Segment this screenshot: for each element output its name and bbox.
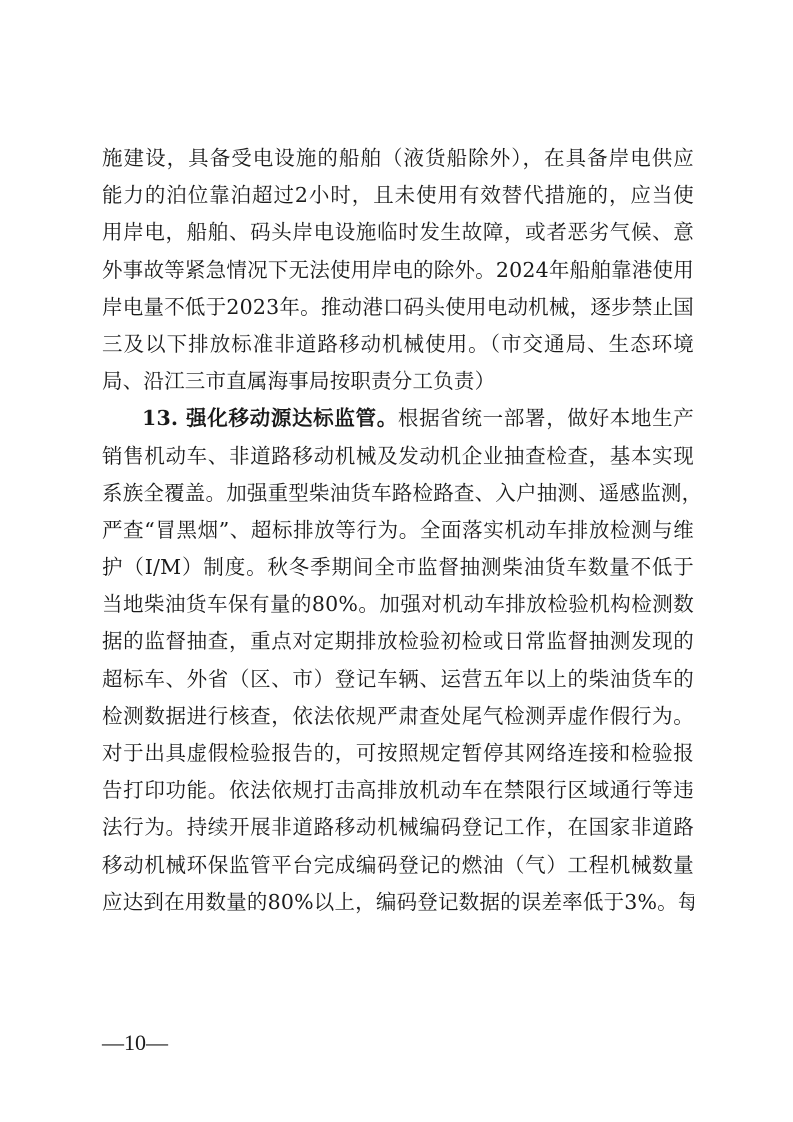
paragraph-line: 能力的泊位靠泊超过2小时，且未使用有效替代措施的，应当使 [102,177,694,214]
section-13-first-line: 13. 强化移动源达标监管。根据省统一部署，做好本地生产 [102,400,694,437]
paragraph-line: 当地柴油货车保有量的80%。加强对机动车排放检验机构检测数 [102,586,694,623]
paragraph-line: 移动机械环保监管平台完成编码登记的燃油（气）工程机械数量 [102,847,694,884]
body-text: 施建设，具备受电设施的船舶（液货船除外），在具备岸电供应 能力的泊位靠泊超过2小… [102,140,694,921]
paragraph-line: 检测数据进行核查，依法依规严肃查处尾气检测弄虚作假行为。 [102,698,694,735]
paragraph-line: 外事故等紧急情况下无法使用岸电的除外。2024年船舶靠港使用 [102,252,694,289]
section-13-first-line-text: 根据省统一部署，做好本地生产 [398,406,694,430]
paragraph-line: 用岸电，船舶、码头岸电设施临时发生故障，或者恶劣气候、意 [102,214,694,251]
paragraph-line: 据的监督抽查，重点对定期排放检验初检或日常监督抽测发现的 [102,623,694,660]
paragraph-line: 超标车、外省（区、市）登记车辆、运营五年以上的柴油货车的 [102,661,694,698]
paragraph-line: 对于出具虚假检验报告的，可按照规定暂停其网络连接和检验报 [102,735,694,772]
paragraph-line: 岸电量不低于2023年。推动港口码头使用电动机械，逐步禁止国 [102,289,694,326]
page-number: —10— [102,1030,168,1056]
paragraph-line: 法行为。持续开展非道路移动机械编码登记工作，在国家非道路 [102,809,694,846]
paragraph-line: 护（I/M）制度。秋冬季期间全市监督抽测柴油货车数量不低于 [102,549,694,586]
paragraph-line: 严查“冒黑烟”、超标排放等行为。全面落实机动车排放检测与维 [102,512,694,549]
paragraph-line: 局、沿江三市直属海事局按职责分工负责） [102,363,694,400]
paragraph-line: 系族全覆盖。加强重型柴油货车路检路查、入户抽测、遥感监测， [102,475,694,512]
paragraph-line: 三及以下排放标准非道路移动机械使用。（市交通局、生态环境 [102,326,694,363]
paragraph-line: 告打印功能。依法依规打击高排放机动车在禁限行区域通行等违 [102,772,694,809]
paragraph-line: 销售机动车、非道路移动机械及发动机企业抽查检查，基本实现 [102,438,694,475]
paragraph-line: 施建设，具备受电设施的船舶（液货船除外），在具备岸电供应 [102,140,694,177]
document-page: 施建设，具备受电设施的船舶（液货船除外），在具备岸电供应 能力的泊位靠泊超过2小… [0,0,793,1122]
paragraph-line: 应达到在用数量的80%以上，编码登记数据的误差率低于3%。每 [102,884,694,921]
section-13-heading: 13. 强化移动源达标监管。 [142,406,398,430]
